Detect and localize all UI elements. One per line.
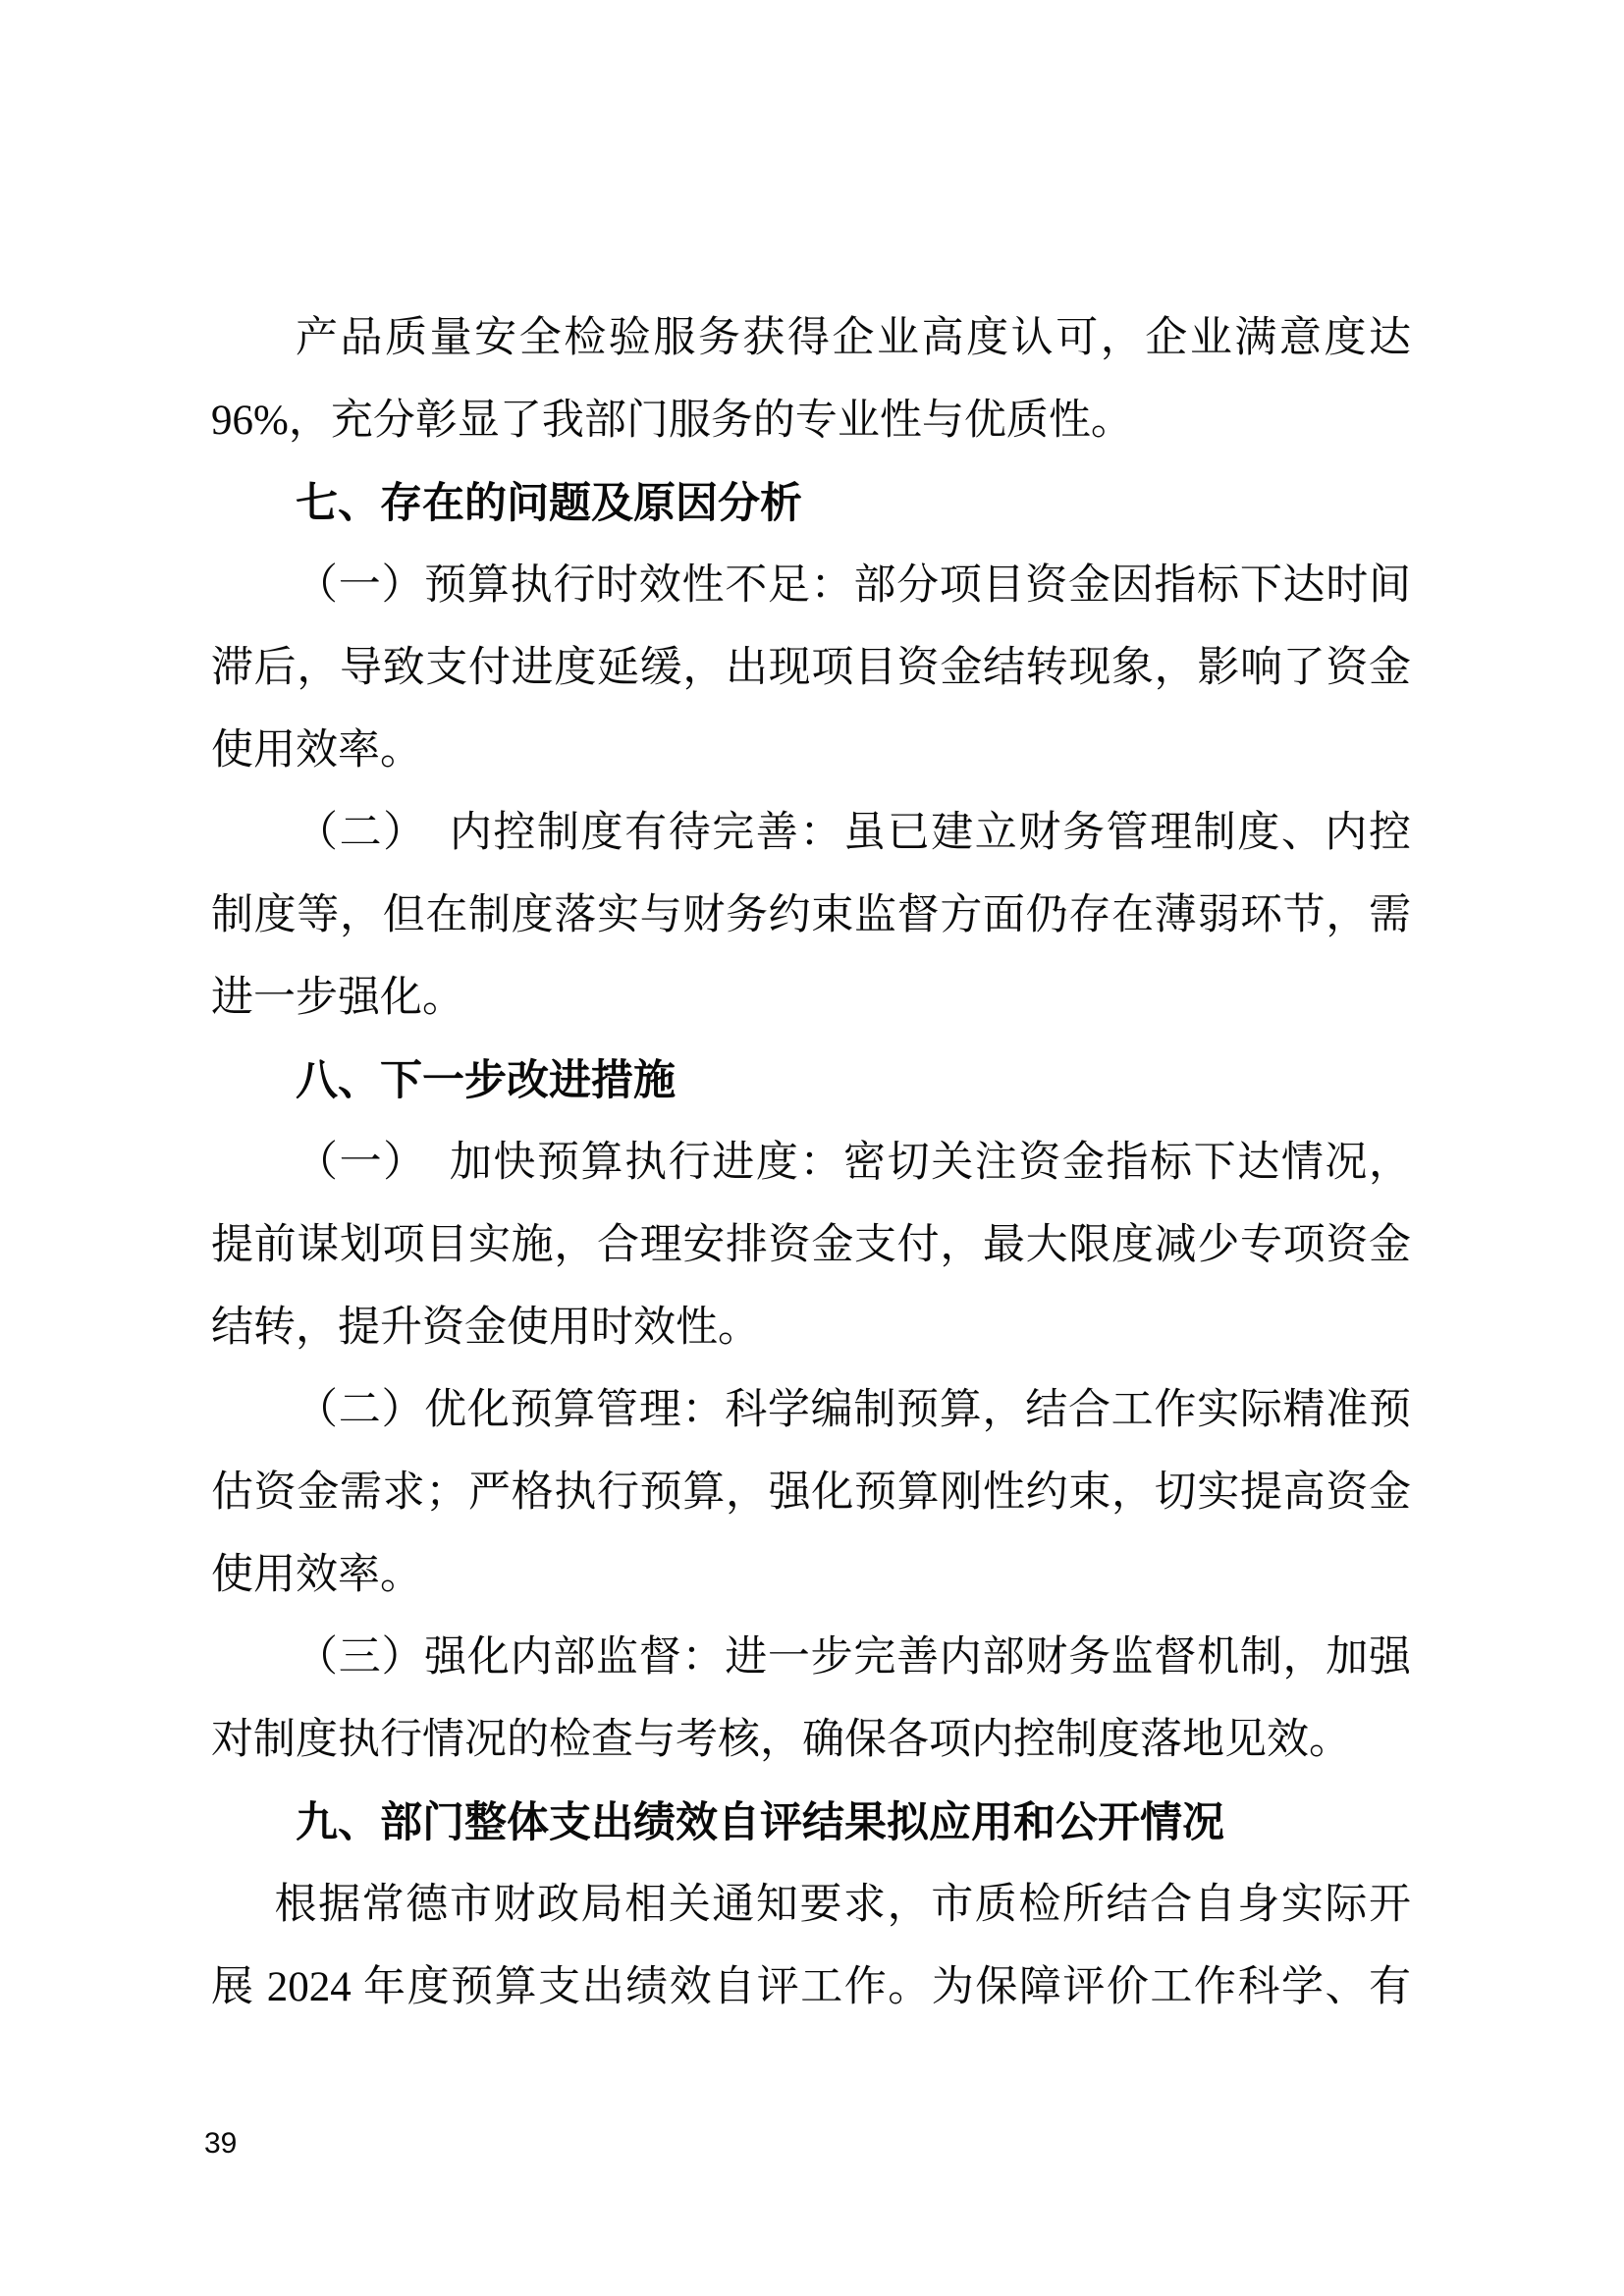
text-line: 提前谋划项目实施，合理安排资金支付，最大限度减少专项资金 <box>211 1204 1411 1287</box>
document-page: 产品质量安全检验服务获得企业高度认可，企业满意度达96%，充分彰显了我部门服务的… <box>0 0 1624 2296</box>
text-line: 进一步强化。 <box>211 957 1411 1040</box>
text-line: 产品质量安全检验服务获得企业高度认可，企业满意度达 <box>211 297 1411 380</box>
page-number: 39 <box>204 2128 237 2160</box>
text-line: 对制度执行情况的检查与考核，确保各项内控制度落地见效。 <box>211 1699 1411 1782</box>
section-heading: 八、下一步改进措施 <box>211 1040 1411 1122</box>
text-line: （三）强化内部监督：进一步完善内部财务监督机制，加强 <box>211 1617 1411 1699</box>
document-body: 产品质量安全检验服务获得企业高度认可，企业满意度达96%，充分彰显了我部门服务的… <box>211 297 1411 2029</box>
section-heading: 七、存在的问题及原因分析 <box>211 462 1411 545</box>
text-line: 估资金需求；严格执行预算，强化预算刚性约束，切实提高资金 <box>211 1452 1411 1534</box>
text-line: 根据常德市财政局相关通知要求，市质检所结合自身实际开 <box>211 1864 1411 1947</box>
text-line: 结转，提升资金使用时效性。 <box>211 1287 1411 1369</box>
text-line: （一）预算执行时效性不足：部分项目资金因指标下达时间 <box>211 545 1411 627</box>
text-line: 滞后，导致支付进度延缓，出现项目资金结转现象，影响了资金 <box>211 627 1411 710</box>
text-line: 展 2024 年度预算支出绩效自评工作。为保障评价工作科学、有 <box>211 1947 1411 2029</box>
text-line: （二） 内控制度有待完善：虽已建立财务管理制度、内控 <box>211 792 1411 875</box>
text-line: （一） 加快预算执行进度：密切关注资金指标下达情况， <box>211 1122 1411 1204</box>
text-line: 使用效率。 <box>211 1534 1411 1617</box>
text-line: 使用效率。 <box>211 710 1411 792</box>
section-heading: 九、部门整体支出绩效自评结果拟应用和公开情况 <box>211 1782 1411 1864</box>
text-line: 96%，充分彰显了我部门服务的专业性与优质性。 <box>211 380 1411 462</box>
text-line: （二）优化预算管理：科学编制预算，结合工作实际精准预 <box>211 1369 1411 1452</box>
text-line: 制度等，但在制度落实与财务约束监督方面仍存在薄弱环节，需 <box>211 875 1411 957</box>
